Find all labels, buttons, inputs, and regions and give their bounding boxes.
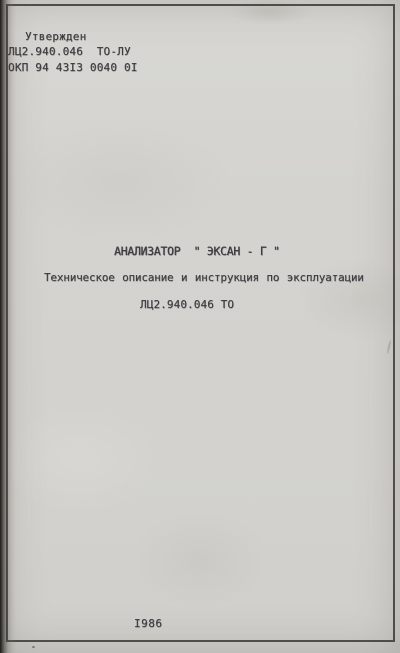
publication-year: I986: [134, 617, 163, 630]
approval-stamp-doc-designation: ЛЦ2.940.046 ТО-ЛУ: [8, 45, 131, 58]
page-border-frame: [6, 4, 395, 642]
approval-stamp-okp-code: ОКП 94 43I3 0040 0I: [8, 61, 138, 74]
ink-speck: [32, 646, 35, 648]
approval-stamp-approved-label: Утвержден: [25, 30, 86, 43]
binding-shadow: [0, 0, 16, 653]
scanned-title-page: Утвержден ЛЦ2.940.046 ТО-ЛУ ОКП 94 43I3 …: [0, 0, 400, 653]
document-subtitle: Техническое описание и инструкция по экс…: [44, 271, 364, 284]
document-number: ЛЦ2.940.046 ТО: [140, 298, 234, 311]
document-title: АНАЛИЗАТОР " ЭКСАН - Г ": [114, 244, 280, 258]
scan-scratch: [387, 340, 392, 354]
